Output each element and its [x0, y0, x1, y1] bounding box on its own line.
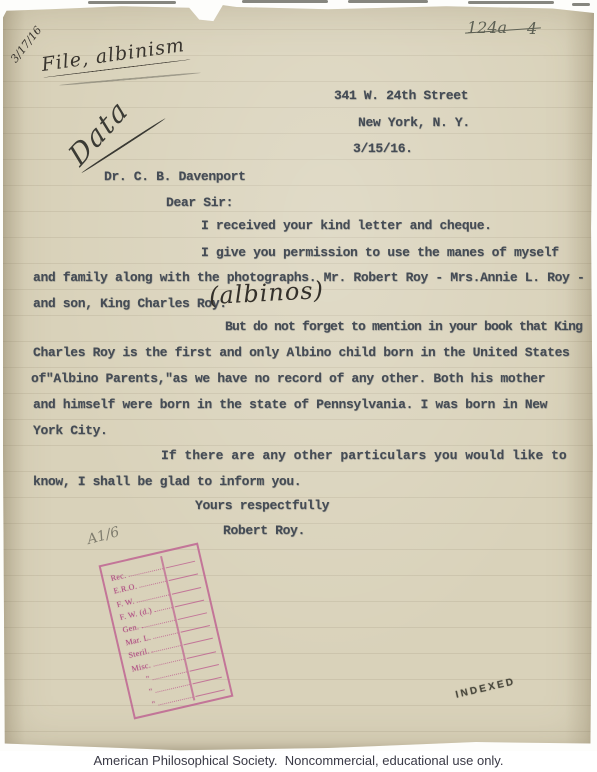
sender-address-line2: New York, N. Y.: [358, 115, 470, 130]
scan-edge-artifact: [88, 1, 176, 4]
typed-line: If there are any other particulars you w…: [161, 448, 567, 463]
typed-line: I give you permission to use the manes o…: [201, 245, 559, 260]
scan-edge-artifact: [572, 3, 590, 6]
pencil-underline-stroke: [59, 72, 201, 86]
typed-line: I received your kind letter and cheque.: [201, 218, 492, 233]
albinos-note: (albinos): [208, 276, 324, 310]
stamp-ditto-mark: ": [139, 699, 156, 712]
letter-date: 3/15/16.: [353, 141, 413, 156]
closing-line: Yours respectfully: [195, 498, 329, 513]
credit-bar: American Philosophical Society. Noncomme…: [0, 751, 597, 772]
page-number-old: 124a: [467, 18, 507, 37]
ero-accession-stamp: Rec. E.R.O. F. W. F. W. (d.) Gen. Mar. L…: [99, 543, 234, 720]
scan-edge-artifact: [468, 1, 554, 4]
typed-line: and son, King Charles Roy.: [33, 296, 227, 311]
typed-line: of"Albino Parents,"as we have no record …: [31, 371, 545, 386]
typed-line: York City.: [33, 423, 108, 438]
received-date-note: 3/17/16: [8, 24, 44, 65]
typed-line: know, I shall be glad to inform you.: [33, 474, 301, 489]
file-note: File, albinism: [40, 34, 186, 76]
scan-edge-artifact: [242, 0, 328, 3]
indexed-stamp: INDEXED: [455, 676, 517, 700]
salutation-line: Dear Sir:: [166, 195, 233, 210]
recipient-line: Dr. C. B. Davenport: [104, 169, 246, 184]
stamp-entry-line: [195, 689, 224, 697]
stamp-leader-line: [158, 697, 193, 706]
pencil-note: A1/6: [85, 524, 121, 548]
signature-line: Robert Roy.: [223, 523, 305, 538]
scan-edge-artifact: [348, 0, 428, 3]
typed-line: Charles Roy is the first and only Albino…: [33, 345, 570, 360]
letter-paper: 3/17/16 File, albinism Data 124a 4 341 W…: [3, 4, 594, 751]
page-number-annotation: 124a 4: [467, 18, 553, 42]
typed-line: and himself were born in the state of Pe…: [33, 397, 547, 412]
scanned-letter-page: 3/17/16 File, albinism Data 124a 4 341 W…: [0, 0, 597, 772]
typed-line: But do not forget to mention in your boo…: [225, 319, 582, 334]
credit-text: American Philosophical Society. Noncomme…: [94, 753, 504, 768]
sender-address-line1: 341 W. 24th Street: [334, 88, 468, 103]
